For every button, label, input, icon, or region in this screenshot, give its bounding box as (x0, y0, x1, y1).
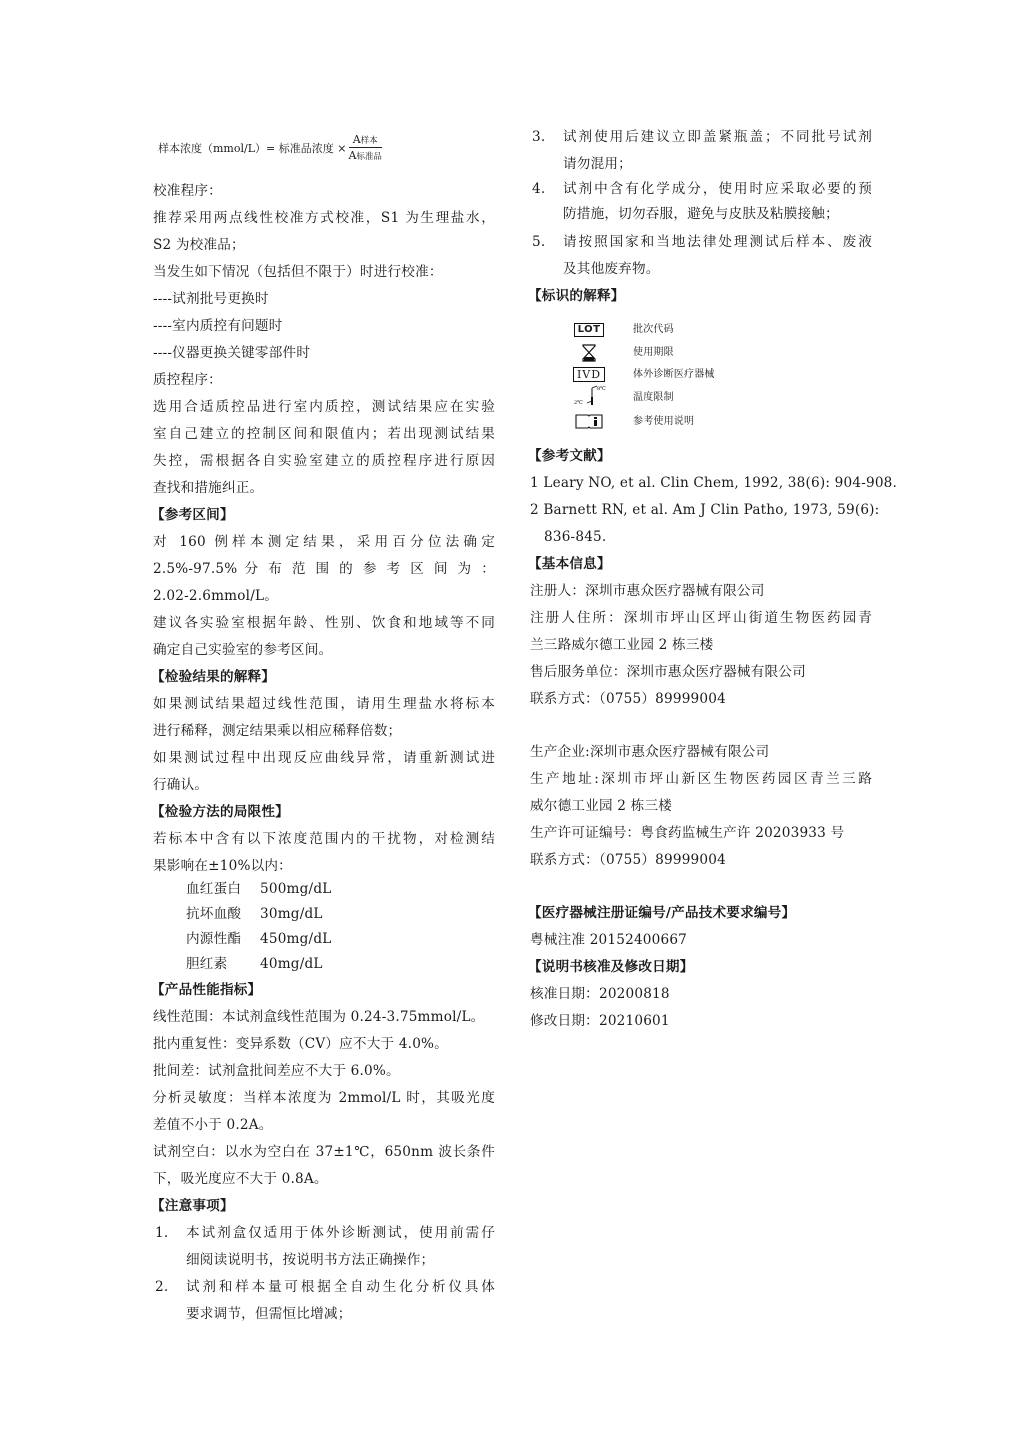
lot-icon: LOT (570, 323, 608, 337)
interferent-value: 500mg/dL (260, 881, 331, 897)
manufacturer-address: 威尔德工业园 2 栋三楼 (530, 797, 672, 815)
interferent-row: 抗坏血酸30mg/dL (186, 905, 323, 923)
performance-text: 线性范围：本试剂盒线性范围为 0.24-3.75mmol/L。 (153, 1008, 484, 1026)
svg-text:2℃: 2℃ (574, 400, 583, 406)
approval-date: 核准日期：20200818 (530, 985, 670, 1003)
contact-phone: 联系方式：（0755）89999004 (530, 690, 726, 708)
qc-title: 质控程序： (153, 371, 222, 389)
interferent-value: 30mg/dL (260, 906, 323, 922)
formula-fraction: A样本 A标准品 (348, 133, 381, 162)
interferent-name: 抗坏血酸 (186, 905, 260, 923)
hourglass-expiry-icon (570, 344, 608, 362)
performance-text: 差值不小于 0.2A。 (153, 1116, 273, 1134)
performance-text: 分析灵敏度：当样本浓度为 2mmol/L 时，其吸光度 (153, 1089, 495, 1107)
precaution-text: 请勿混用； (563, 155, 632, 173)
reference-range-text: 2.5%-97.5% 分 布 范 围 的 参 考 区 间 为 ： (153, 560, 495, 578)
revision-date: 修改日期：20210601 (530, 1012, 670, 1030)
formula-denominator-sub: 标准品 (356, 152, 382, 162)
symbol-label: 温度限制 (633, 389, 674, 407)
performance-text: 批间差：试剂盒批间差应不大于 6.0%。 (153, 1062, 400, 1080)
reference-range-value: 2.02-2.6mmol/L。 (153, 587, 278, 605)
manufacturer-address: 生产地址:深圳市坪山新区生物医药园区青兰三路 (530, 770, 872, 788)
symbol-row: IVD (570, 364, 608, 384)
precaution-text: 试剂和样本量可根据全自动生化分析仪具体 (186, 1278, 495, 1296)
lot-icon-text: LOT (574, 323, 605, 337)
qc-text: 失控，需根据各自实验室建立的质控程序进行原因 (153, 452, 495, 470)
production-license: 生产许可证编号：粤食药监械生产许 20203933 号 (530, 824, 844, 842)
interferent-value: 40mg/dL (260, 956, 323, 972)
interferent-name: 内源性酯 (186, 930, 260, 948)
precaution-text: 请按照国家和当地法律处理测试后样本、废液 (563, 233, 872, 251)
registrant-address: 注册人住所：深圳市坪山区坪山街道生物医药园青 (530, 609, 872, 627)
interpretation-text: 如果测试过程中出现反应曲线异常，请重新测试进 (153, 749, 495, 767)
precaution-text: 试剂使用后建议立即盖紧瓶盖；不同批号试剂 (563, 128, 872, 146)
section-heading-registration: 【医疗器械注册证编号/产品技术要求编号】 (528, 904, 795, 922)
section-heading-references: 【参考文献】 (528, 447, 611, 465)
registration-number: 粤械注准 20152400667 (530, 931, 687, 949)
symbol-label: 体外诊断医疗器械 (633, 366, 715, 384)
calibration-item: ----试剂批号更换时 (153, 290, 269, 308)
calibration-text: 推荐采用两点线性校准方式校准，S1 为生理盐水， (153, 209, 495, 227)
concentration-formula: 样本浓度（mmol/L）= 标准品浓度 × A样本 A标准品 (158, 133, 382, 162)
formula-numerator: A (353, 133, 361, 146)
performance-text: 下，吸光度应不大于 0.8A。 (153, 1170, 328, 1188)
interferent-name: 胆红素 (186, 955, 260, 973)
section-heading-basic-info: 【基本信息】 (528, 555, 611, 573)
precaution-number: 3. (532, 128, 545, 146)
registrant-address: 兰三路威尔德工业园 2 栋三楼 (530, 636, 713, 654)
performance-text: 批内重复性：变异系数（CV）应不大于 4.0%。 (153, 1035, 448, 1053)
performance-text: 试剂空白：以水为空白在 37±1℃，650nm 波长条件 (153, 1143, 495, 1161)
precaution-text: 要求调节，但需恒比增减； (186, 1305, 352, 1323)
symbol-label: 批次代码 (633, 321, 674, 339)
interferent-value: 450mg/dL (260, 931, 331, 947)
symbol-label: 参考使用说明 (633, 413, 694, 431)
section-heading-limitations: 【检验方法的局限性】 (151, 803, 289, 821)
section-heading-reference-range: 【参考区间】 (151, 506, 234, 524)
interferent-row: 胆红素40mg/dL (186, 955, 323, 973)
symbol-row (570, 411, 608, 431)
symbol-row: LOT (570, 320, 608, 340)
qc-text: 查找和措施纠正。 (153, 479, 263, 497)
limitations-text: 若标本中含有以下浓度范围内的干扰物，对检测结 (153, 830, 495, 848)
interferent-name: 血红蛋白 (186, 880, 260, 898)
temperature-limit-icon: 8℃2℃ (570, 385, 608, 407)
reference-range-text: 建议各实验室根据年龄、性别、饮食和地域等不同 (153, 614, 495, 632)
formula-lhs: 样本浓度（mmol/L）= 标准品浓度 × (158, 140, 346, 156)
limitations-text: 果影响在±10%以内： (153, 857, 292, 875)
calibration-text: S2 为校准品； (153, 236, 245, 254)
registrant: 注册人：深圳市惠众医疗器械有限公司 (530, 582, 765, 600)
symbol-row (570, 343, 608, 363)
interpretation-text: 行确认。 (153, 776, 208, 794)
section-heading-performance: 【产品性能指标】 (151, 981, 261, 999)
calibration-item: ----室内质控有问题时 (153, 317, 283, 335)
contact-phone: 联系方式：（0755）89999004 (530, 851, 726, 869)
manufacturer: 生产企业:深圳市惠众医疗器械有限公司 (530, 743, 769, 761)
precaution-text: 防措施，切勿吞服，避免与皮肤及粘膜接触； (563, 205, 839, 223)
precaution-text: 及其他废弃物。 (563, 260, 660, 278)
precaution-text: 本试剂盒仅适用于体外诊断测试，使用前需仔 (186, 1224, 495, 1242)
symbol-label: 使用期限 (633, 344, 674, 362)
precaution-number: 5. (532, 233, 545, 251)
consult-instructions-icon (570, 413, 608, 429)
ivd-icon-text: IVD (573, 367, 605, 382)
interferent-row: 血红蛋白500mg/dL (186, 880, 331, 898)
precaution-number: 1. (155, 1224, 168, 1242)
formula-numerator-sub: 样本 (361, 136, 378, 146)
section-heading-dates: 【说明书核准及修改日期】 (528, 958, 694, 976)
precaution-number: 2. (155, 1278, 168, 1296)
reference-range-text: 确定自己实验室的参考区间。 (153, 641, 332, 659)
after-sales-service: 售后服务单位：深圳市惠众医疗器械有限公司 (530, 663, 806, 681)
interferent-row: 内源性酯450mg/dL (186, 930, 331, 948)
calibration-when: 当发生如下情况（包括但不限于）时进行校准： (153, 263, 443, 281)
section-heading-symbols: 【标识的解释】 (528, 287, 625, 305)
reference-item: 836-845. (544, 528, 606, 546)
section-heading-precautions: 【注意事项】 (151, 1197, 234, 1215)
qc-text: 选用合适质控品进行室内质控，测试结果应在实验 (153, 398, 495, 416)
ivd-icon: IVD (570, 367, 608, 382)
interpretation-text: 进行稀释，测定结果乘以相应稀释倍数； (153, 722, 401, 740)
symbol-row: 8℃2℃ (570, 386, 608, 406)
reference-item: 2 Barnett RN, et al. Am J Clin Patho, 19… (530, 501, 872, 519)
calibration-item: ----仪器更换关键零部件时 (153, 344, 310, 362)
calibration-title: 校准程序： (153, 182, 222, 200)
precaution-text: 试剂中含有化学成分，使用时应采取必要的预 (563, 180, 872, 198)
precaution-number: 4. (532, 180, 545, 198)
svg-text:8℃: 8℃ (597, 386, 606, 392)
reference-range-text: 对 160 例样本测定结果，采用百分位法确定 (153, 533, 495, 551)
qc-text: 室自己建立的控制区间和限值内；若出现测试结果 (153, 425, 495, 443)
section-heading-interpretation: 【检验结果的解释】 (151, 668, 275, 686)
precaution-text: 细阅读说明书，按说明书方法正确操作； (186, 1251, 434, 1269)
reference-item: 1 Leary NO, et al. Clin Chem, 1992, 38(6… (530, 474, 897, 492)
interpretation-text: 如果测试结果超过线性范围，请用生理盐水将标本 (153, 695, 495, 713)
